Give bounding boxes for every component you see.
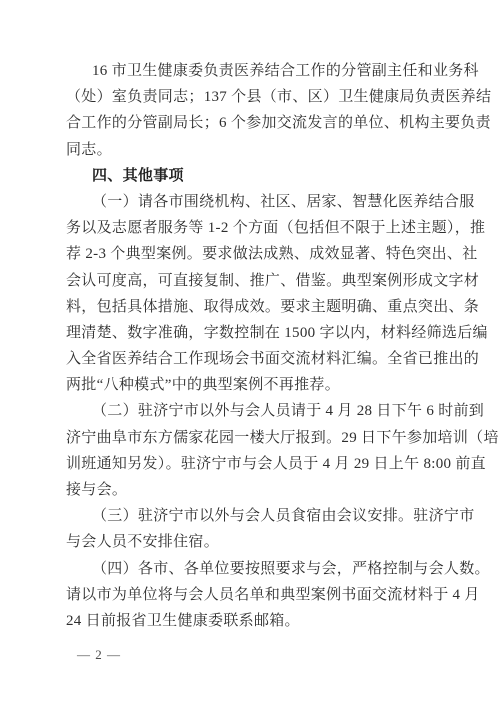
text-line: 入全省医养结合工作现场会书面交流材料汇编。全省已推出的 <box>66 346 437 372</box>
text-line: 荐 2-3 个典型案例。要求做法成熟、成效显著、特色突出、社 <box>66 241 437 267</box>
document-page: 16 市卫生健康委负责医养结合工作的分管副主任和业务科 （处）室负责同志；137… <box>0 0 500 707</box>
text-line: 与会人员不安排住宿。 <box>66 529 437 555</box>
text-line: 合工作的分管副局长；6 个参加交流发言的单位、机构主要负责 <box>66 110 437 136</box>
text-line: （三）驻济宁市以外与会人员食宿由会议安排。驻济宁市 <box>66 503 437 529</box>
text-line: 两批“八种模式”中的典型案例不再推荐。 <box>66 372 437 398</box>
text-line: 务以及志愿者服务等 1-2 个方面（包括但不限于上述主题），推 <box>66 215 437 241</box>
text-line: （处）室负责同志；137 个县（市、区）卫生健康局负责医养结 <box>66 84 437 110</box>
text-line: （一）请各市围绕机构、社区、居家、智慧化医养结合服 <box>66 189 437 215</box>
section-heading: 四、其他事项 <box>66 163 437 189</box>
text-line: 请以市为单位将与会人员名单和典型案例书面交流材料于 4 月 <box>66 582 437 608</box>
text-line: （二）驻济宁市以外与会人员请于 4 月 28 日下午 6 时前到 <box>66 398 437 424</box>
document-body: 16 市卫生健康委负责医养结合工作的分管副主任和业务科 （处）室负责同志；137… <box>66 58 437 634</box>
text-line: 会认可度高，可直接复制、推广、借鉴。典型案例形成文字材 <box>66 268 437 294</box>
text-line: 料，包括具体措施、取得成效。要求主题明确、重点突出、条 <box>66 294 437 320</box>
text-line: 理清楚、数字准确，字数控制在 1500 字以内，材料经筛选后编 <box>66 320 437 346</box>
text-line: （四）各市、各单位要按照要求与会，严格控制与会人数。 <box>66 556 437 582</box>
text-line: 同志。 <box>66 137 437 163</box>
text-line: 16 市卫生健康委负责医养结合工作的分管副主任和业务科 <box>66 58 437 84</box>
text-line: 济宁曲阜市东方儒家花园一楼大厅报到。29 日下午参加培训（培 <box>66 425 437 451</box>
text-line: 24 日前报省卫生健康委联系邮箱。 <box>66 608 437 634</box>
text-line: 训班通知另发）。驻济宁市与会人员于 4 月 29 日上午 8:00 前直 <box>66 451 437 477</box>
text-line: 接与会。 <box>66 477 437 503</box>
page-number: — 2 — <box>77 645 121 665</box>
